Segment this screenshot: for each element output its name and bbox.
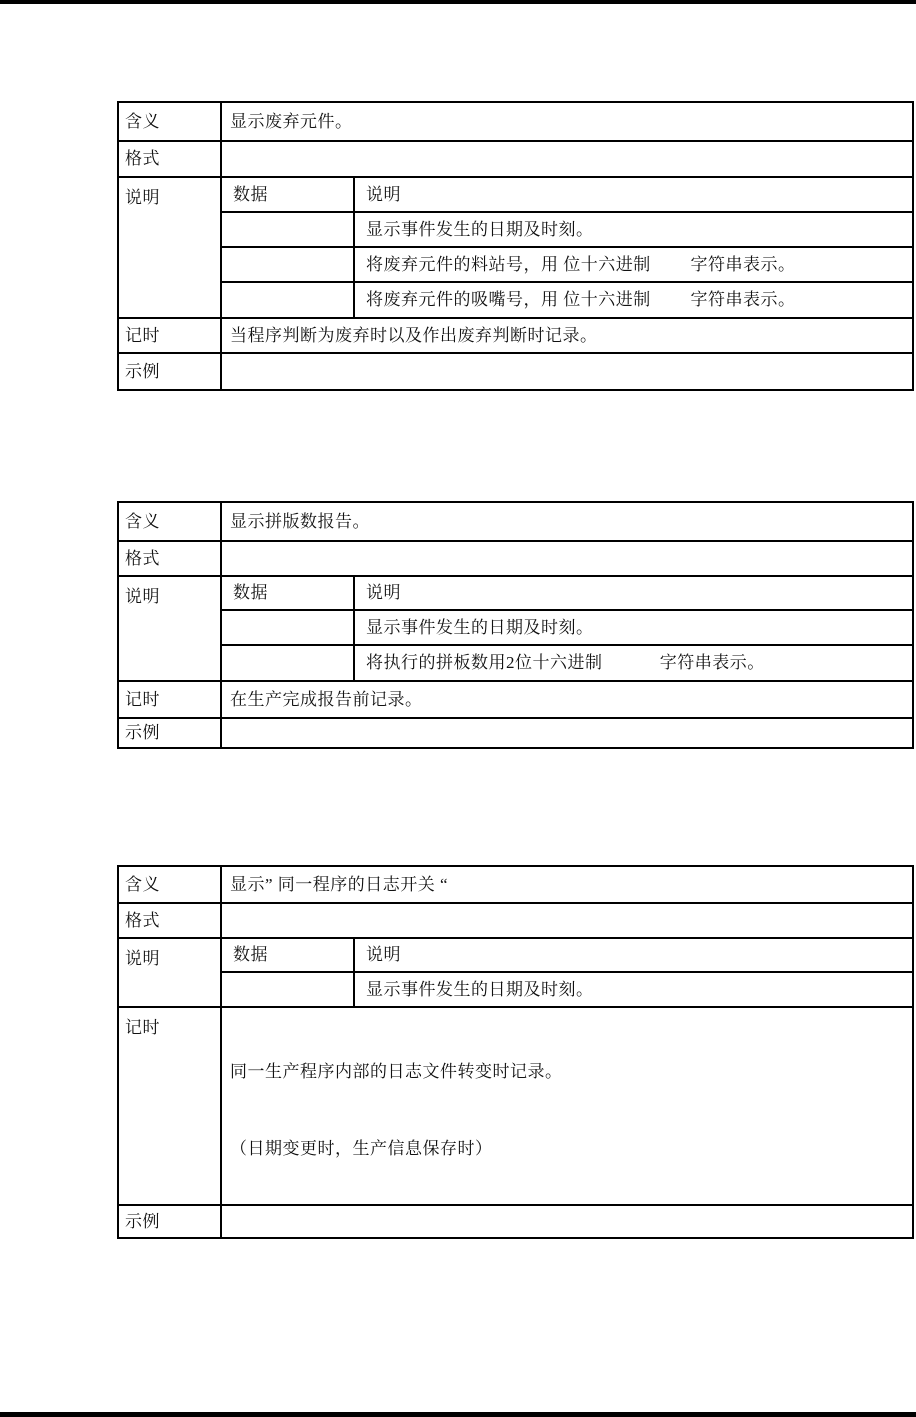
data-cell — [221, 247, 354, 282]
timing-text: 同一生产程序内部的日志文件转变时记录。 — [230, 1061, 908, 1083]
table-row: 格式 — [118, 141, 913, 177]
page-bottom-rule — [0, 1412, 916, 1417]
description-cell: 显示事件发生的日期及时刻。 — [354, 212, 913, 247]
data-cell — [221, 282, 354, 318]
format-value — [221, 541, 913, 576]
table-row: 将执行的拼板数用2位十六进制 字符串表示。 — [118, 645, 913, 681]
spec-table-discard-component: 含义 显示废弃元件。 格式 说明 数据 说明 显示事件发生的日期及时刻。 将废弃… — [117, 101, 914, 391]
table-row: 显示事件发生的日期及时刻。 — [118, 972, 913, 1007]
example-label: 示例 — [118, 1205, 221, 1238]
example-value — [221, 718, 913, 748]
description-label: 说明 — [118, 576, 221, 681]
table-row: 含义 显示” 同一程序的日志开关 “ — [118, 866, 913, 903]
table-row: 将废弃元件的吸嘴号，用 位十六进制 字符串表示。 — [118, 282, 913, 318]
description-cell: 将废弃元件的吸嘴号，用 位十六进制 字符串表示。 — [354, 282, 913, 318]
meaning-value: 显示废弃元件。 — [221, 102, 913, 141]
data-cell — [221, 972, 354, 1007]
timing-label: 记时 — [118, 681, 221, 718]
table-row: 示例 — [118, 1205, 913, 1238]
example-value — [221, 1205, 913, 1238]
timing-note: （日期变更时，生产信息保存时） — [230, 1138, 908, 1160]
description-cell: 将废弃元件的料站号，用 位十六进制 字符串表示。 — [354, 247, 913, 282]
description-column-header: 说明 — [354, 177, 913, 212]
example-label: 示例 — [118, 718, 221, 748]
table-row: 记时 同一生产程序内部的日志文件转变时记录。 （日期变更时，生产信息保存时） — [118, 1007, 913, 1205]
description-label: 说明 — [118, 938, 221, 1007]
table-row: 含义 显示拼版数报告。 — [118, 502, 913, 541]
description-cell: 显示事件发生的日期及时刻。 — [354, 972, 913, 1007]
data-cell — [221, 610, 354, 645]
timing-value: 当程序判断为废弃时以及作出废弃判断时记录。 — [221, 318, 913, 353]
data-cell — [221, 645, 354, 681]
spec-table-log-switch: 含义 显示” 同一程序的日志开关 “ 格式 说明 数据 说明 显示事件发生的日期… — [117, 865, 914, 1239]
format-label: 格式 — [118, 141, 221, 177]
description-cell: 将执行的拼板数用2位十六进制 字符串表示。 — [354, 645, 913, 681]
spec-table-panel-count-report: 含义 显示拼版数报告。 格式 说明 数据 说明 显示事件发生的日期及时刻。 将执… — [117, 501, 914, 749]
table-row: 格式 — [118, 541, 913, 576]
format-label: 格式 — [118, 541, 221, 576]
data-column-header: 数据 — [221, 938, 354, 972]
timing-value: 在生产完成报告前记录。 — [221, 681, 913, 718]
table-row: 记时 在生产完成报告前记录。 — [118, 681, 913, 718]
description-column-header: 说明 — [354, 938, 913, 972]
data-column-header: 数据 — [221, 576, 354, 610]
format-value — [221, 141, 913, 177]
meaning-label: 含义 — [118, 102, 221, 141]
page-top-rule — [0, 0, 916, 4]
table-row: 将废弃元件的料站号，用 位十六进制 字符串表示。 — [118, 247, 913, 282]
document-page: 含义 显示废弃元件。 格式 说明 数据 说明 显示事件发生的日期及时刻。 将废弃… — [0, 0, 916, 1417]
description-cell: 显示事件发生的日期及时刻。 — [354, 610, 913, 645]
example-label: 示例 — [118, 353, 221, 390]
timing-value: 同一生产程序内部的日志文件转变时记录。 （日期变更时，生产信息保存时） — [221, 1007, 913, 1205]
timing-label: 记时 — [118, 318, 221, 353]
data-cell — [221, 212, 354, 247]
table-row: 说明 数据 说明 — [118, 177, 913, 212]
meaning-label: 含义 — [118, 866, 221, 903]
example-value — [221, 353, 913, 390]
format-value — [221, 903, 913, 938]
timing-label: 记时 — [118, 1007, 221, 1205]
meaning-label: 含义 — [118, 502, 221, 541]
table-row: 示例 — [118, 353, 913, 390]
table-row: 说明 数据 说明 — [118, 576, 913, 610]
table-row: 格式 — [118, 903, 913, 938]
description-column-header: 说明 — [354, 576, 913, 610]
table-row: 示例 — [118, 718, 913, 748]
table-row: 显示事件发生的日期及时刻。 — [118, 610, 913, 645]
description-label: 说明 — [118, 177, 221, 318]
format-label: 格式 — [118, 903, 221, 938]
meaning-value: 显示” 同一程序的日志开关 “ — [221, 866, 913, 903]
table-row: 说明 数据 说明 — [118, 938, 913, 972]
meaning-value: 显示拼版数报告。 — [221, 502, 913, 541]
data-column-header: 数据 — [221, 177, 354, 212]
table-row: 显示事件发生的日期及时刻。 — [118, 212, 913, 247]
table-row: 记时 当程序判断为废弃时以及作出废弃判断时记录。 — [118, 318, 913, 353]
table-row: 含义 显示废弃元件。 — [118, 102, 913, 141]
